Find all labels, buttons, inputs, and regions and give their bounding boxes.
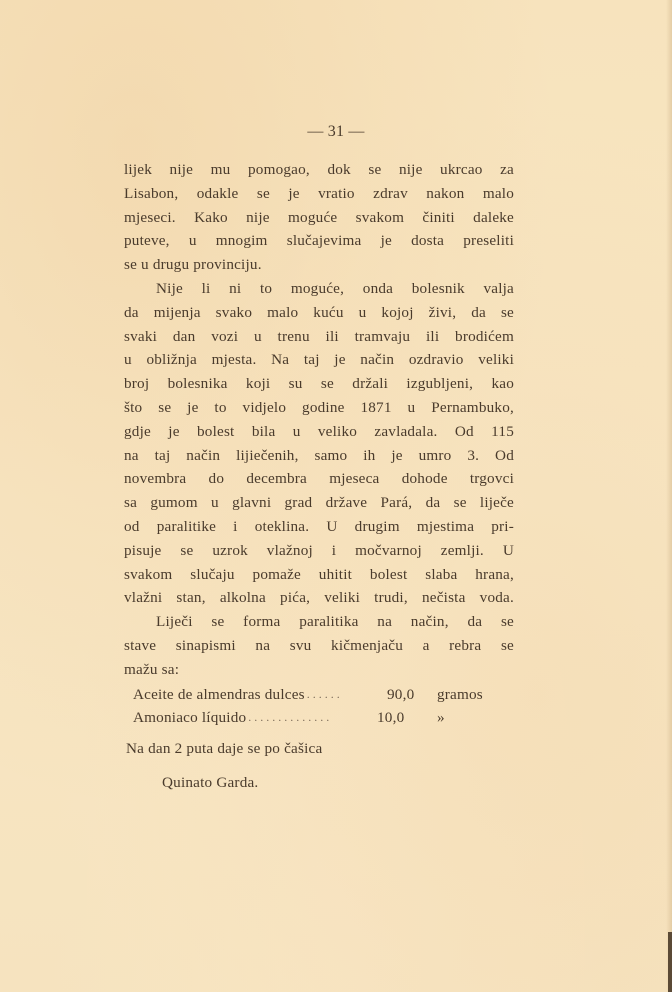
text-line: Lisabon, odakle se je vratio zdrav nakon… xyxy=(124,182,514,206)
text-line: stave sinapismi na svu kičmenjaču a rebr… xyxy=(124,634,514,658)
text-line: mjeseci. Kako nije moguće svakom činiti … xyxy=(124,206,514,230)
scanned-page: — 31 — lijek nije mu pomogao, dok se nij… xyxy=(0,0,672,992)
leader-dots: .............. xyxy=(248,706,373,729)
page-number: — 31 — xyxy=(0,123,672,141)
text-line: na taj način lijiečenih, samo ih je umro… xyxy=(124,444,514,468)
text-line: vlažni stan, alkolna pića, veliki trudi,… xyxy=(124,586,514,610)
text-line: što se je to vidjelo godine 1871 u Perna… xyxy=(124,396,514,420)
text-line: novembra do decembra mjeseca dohode trgo… xyxy=(124,467,514,491)
ingredient-unit: gramos xyxy=(431,683,505,706)
text-line: pisuje se uzrok vlažnoj i močvarnoj zeml… xyxy=(124,539,514,563)
text-line: lijek nije mu pomogao, dok se nije ukrca… xyxy=(124,158,514,182)
dosage-instruction: Na dan 2 puta daje se po čašica xyxy=(126,740,322,758)
text-line: od paralitike i oteklina. U drugim mjest… xyxy=(124,515,514,539)
text-line: sa gumom u glavni grad države Pará, da s… xyxy=(124,491,514,515)
text-line: puteve, u mnogim slučajevima je dosta pr… xyxy=(124,229,514,253)
body-text: lijek nije mu pomogao, dok se nije ukrca… xyxy=(124,158,514,682)
text-line: broj bolesnika koji su se držali izgublj… xyxy=(124,372,514,396)
ingredient-name: Amoniaco líquido xyxy=(133,706,246,729)
text-line: gdje je bolest bila u veliko zavladala. … xyxy=(124,420,514,444)
text-line: se u drugu provinciju. xyxy=(124,253,514,277)
text-line: Liječi se forma paralitika na način, da … xyxy=(124,610,514,634)
text-line: svakom slučaju pomaže uhitit bolest slab… xyxy=(124,563,514,587)
recipe-item: Amoniaco líquido .............. 10,0 » xyxy=(133,706,505,729)
text-line: Nije li ni to moguće, onda bolesnik valj… xyxy=(124,277,514,301)
ingredient-name: Aceite de almendras dulces xyxy=(133,683,305,706)
ingredient-unit: » xyxy=(421,706,505,729)
recipe-item: Aceite de almendras dulces ...... 90,0 g… xyxy=(133,683,505,706)
text-line: u obližnja mjesta. Na taj je način ozdra… xyxy=(124,348,514,372)
leader-dots: ...... xyxy=(307,683,383,706)
page-edge-shadow xyxy=(666,0,672,992)
recipe-list: Aceite de almendras dulces ...... 90,0 g… xyxy=(133,683,505,729)
text-line: da mijenja svako malo kuću u kojoj živi,… xyxy=(124,301,514,325)
author-signature: Quinato Garda. xyxy=(162,774,258,792)
ingredient-quantity: 10,0 xyxy=(377,706,421,729)
page-corner-shadow xyxy=(668,932,672,992)
text-line: svaki dan vozi u trenu ili tramvaju ili … xyxy=(124,325,514,349)
ingredient-quantity: 90,0 xyxy=(387,683,431,706)
text-line: mažu sa: xyxy=(124,658,514,682)
